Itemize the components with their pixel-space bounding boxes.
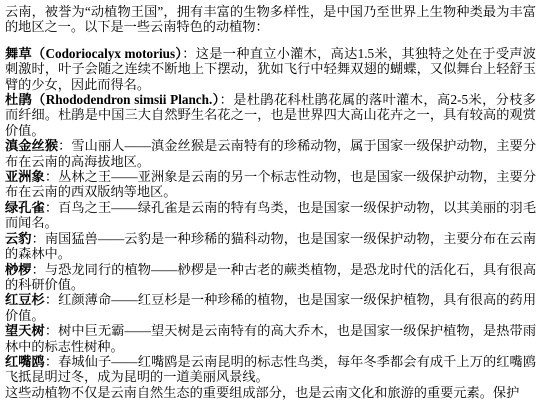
- intro-paragraph: 云南，被誉为“动植物王国”，拥有丰富的生物多样性，是中国乃至世界上生物种类最为丰…: [5, 4, 536, 35]
- species-description: ：红颜薄命——红豆杉是一种珍稀的植物，也是国家一级保护植物，具有很高的药用价值。: [5, 292, 536, 322]
- species-term: 杜鹃（Rhododendron simsii Planch.）: [5, 92, 220, 107]
- species-term: 望天树: [5, 323, 45, 338]
- species-description: ：树中巨无霸——望天树是云南特有的高大乔木，也是国家一级保护植物，是热带雨林中的…: [5, 323, 536, 353]
- species-description: ：春城仙子——红嘴鸥是云南昆明的标志性鸟类，每年冬季都会有成千上万的红嘴鸥飞抵昆…: [5, 354, 536, 384]
- species-item-clouded-leopard: 云豹：南国猛兽——云豹是一种珍稀的猫科动物，也是国家一级保护动物，主要分布在云南…: [5, 231, 536, 262]
- closing-paragraph: 这些动植物不仅是云南自然生态的重要组成部分，也是云南文化和旅游的重要元素。保护: [5, 385, 536, 400]
- species-item-black-headed-gull: 红嘴鸥：春城仙子——红嘴鸥是云南昆明的标志性鸟类，每年冬季都会有成千上万的红嘴鸥…: [5, 354, 536, 385]
- species-item-asian-elephant: 亚洲象：丛林之王——亚洲象是云南的另一个标志性动物，也是国家一级保护动物，主要分…: [5, 169, 536, 200]
- species-description: ：南国猛兽——云豹是一种珍稀的猫科动物，也是国家一级保护动物，主要分布在云南的森…: [5, 231, 536, 261]
- species-description: ：百鸟之王——绿孔雀是云南的特有鸟类，也是国家一级保护动物，以其美丽的羽毛而闻名…: [5, 200, 536, 230]
- intro-text: 云南，被誉为“动植物王国”，拥有丰富的生物多样性，是中国乃至世界上生物种类最为丰…: [5, 4, 536, 34]
- species-item-golden-monkey: 滇金丝猴：雪山丽人——滇金丝猴是云南特有的珍稀动物，属于国家一级保护动物，主要分…: [5, 138, 536, 169]
- species-item-parashorea: 望天树：树中巨无霸——望天树是云南特有的高大乔木，也是国家一级保护植物，是热带雨…: [5, 323, 536, 354]
- species-description: ：雪山丽人——滇金丝猴是云南特有的珍稀动物，属于国家一级保护动物，主要分布在云南…: [5, 138, 536, 168]
- closing-text: 这些动植物不仅是云南自然生态的重要组成部分，也是云南文化和旅游的重要元素。保护: [5, 385, 519, 400]
- species-item-green-peafowl: 绿孔雀：百鸟之王——绿孔雀是云南的特有鸟类，也是国家一级保护动物，以其美丽的羽毛…: [5, 200, 536, 231]
- species-item-tree-fern: 桫椤：与恐龙同行的植物——桫椤是一种古老的蕨类植物，是恐龙时代的活化石，具有很高…: [5, 262, 536, 293]
- species-list: 舞草（Codoriocalyx motorius）：这是一种直立小灌木，高达1.…: [5, 46, 536, 385]
- species-term: 红嘴鸥: [5, 354, 45, 369]
- species-item-dancing-grass: 舞草（Codoriocalyx motorius）：这是一种直立小灌木，高达1.…: [5, 46, 536, 92]
- species-description: ：与恐龙同行的植物——桫椤是一种古老的蕨类植物，是恐龙时代的活化石，具有很高的科…: [5, 262, 536, 292]
- document-page: 云南，被誉为“动植物王国”，拥有丰富的生物多样性，是中国乃至世界上生物种类最为丰…: [0, 0, 540, 405]
- species-item-azalea: 杜鹃（Rhododendron simsii Planch.）：是杜鹃花科杜鹃花…: [5, 92, 536, 138]
- species-term: 绿孔雀: [5, 200, 45, 215]
- species-term: 桫椤: [5, 262, 32, 277]
- species-description: ：丛林之王——亚洲象是云南的另一个标志性动物，也是国家一级保护动物，主要分布在云…: [5, 169, 536, 199]
- species-term: 舞草（Codoriocalyx motorius）: [5, 46, 182, 61]
- species-item-yew: 红豆杉：红颜薄命——红豆杉是一种珍稀的植物，也是国家一级保护植物，具有很高的药用…: [5, 292, 536, 323]
- species-term: 云豹: [5, 231, 32, 246]
- species-term: 红豆杉: [5, 292, 45, 307]
- species-term: 滇金丝猴: [5, 138, 58, 153]
- species-term: 亚洲象: [5, 169, 45, 184]
